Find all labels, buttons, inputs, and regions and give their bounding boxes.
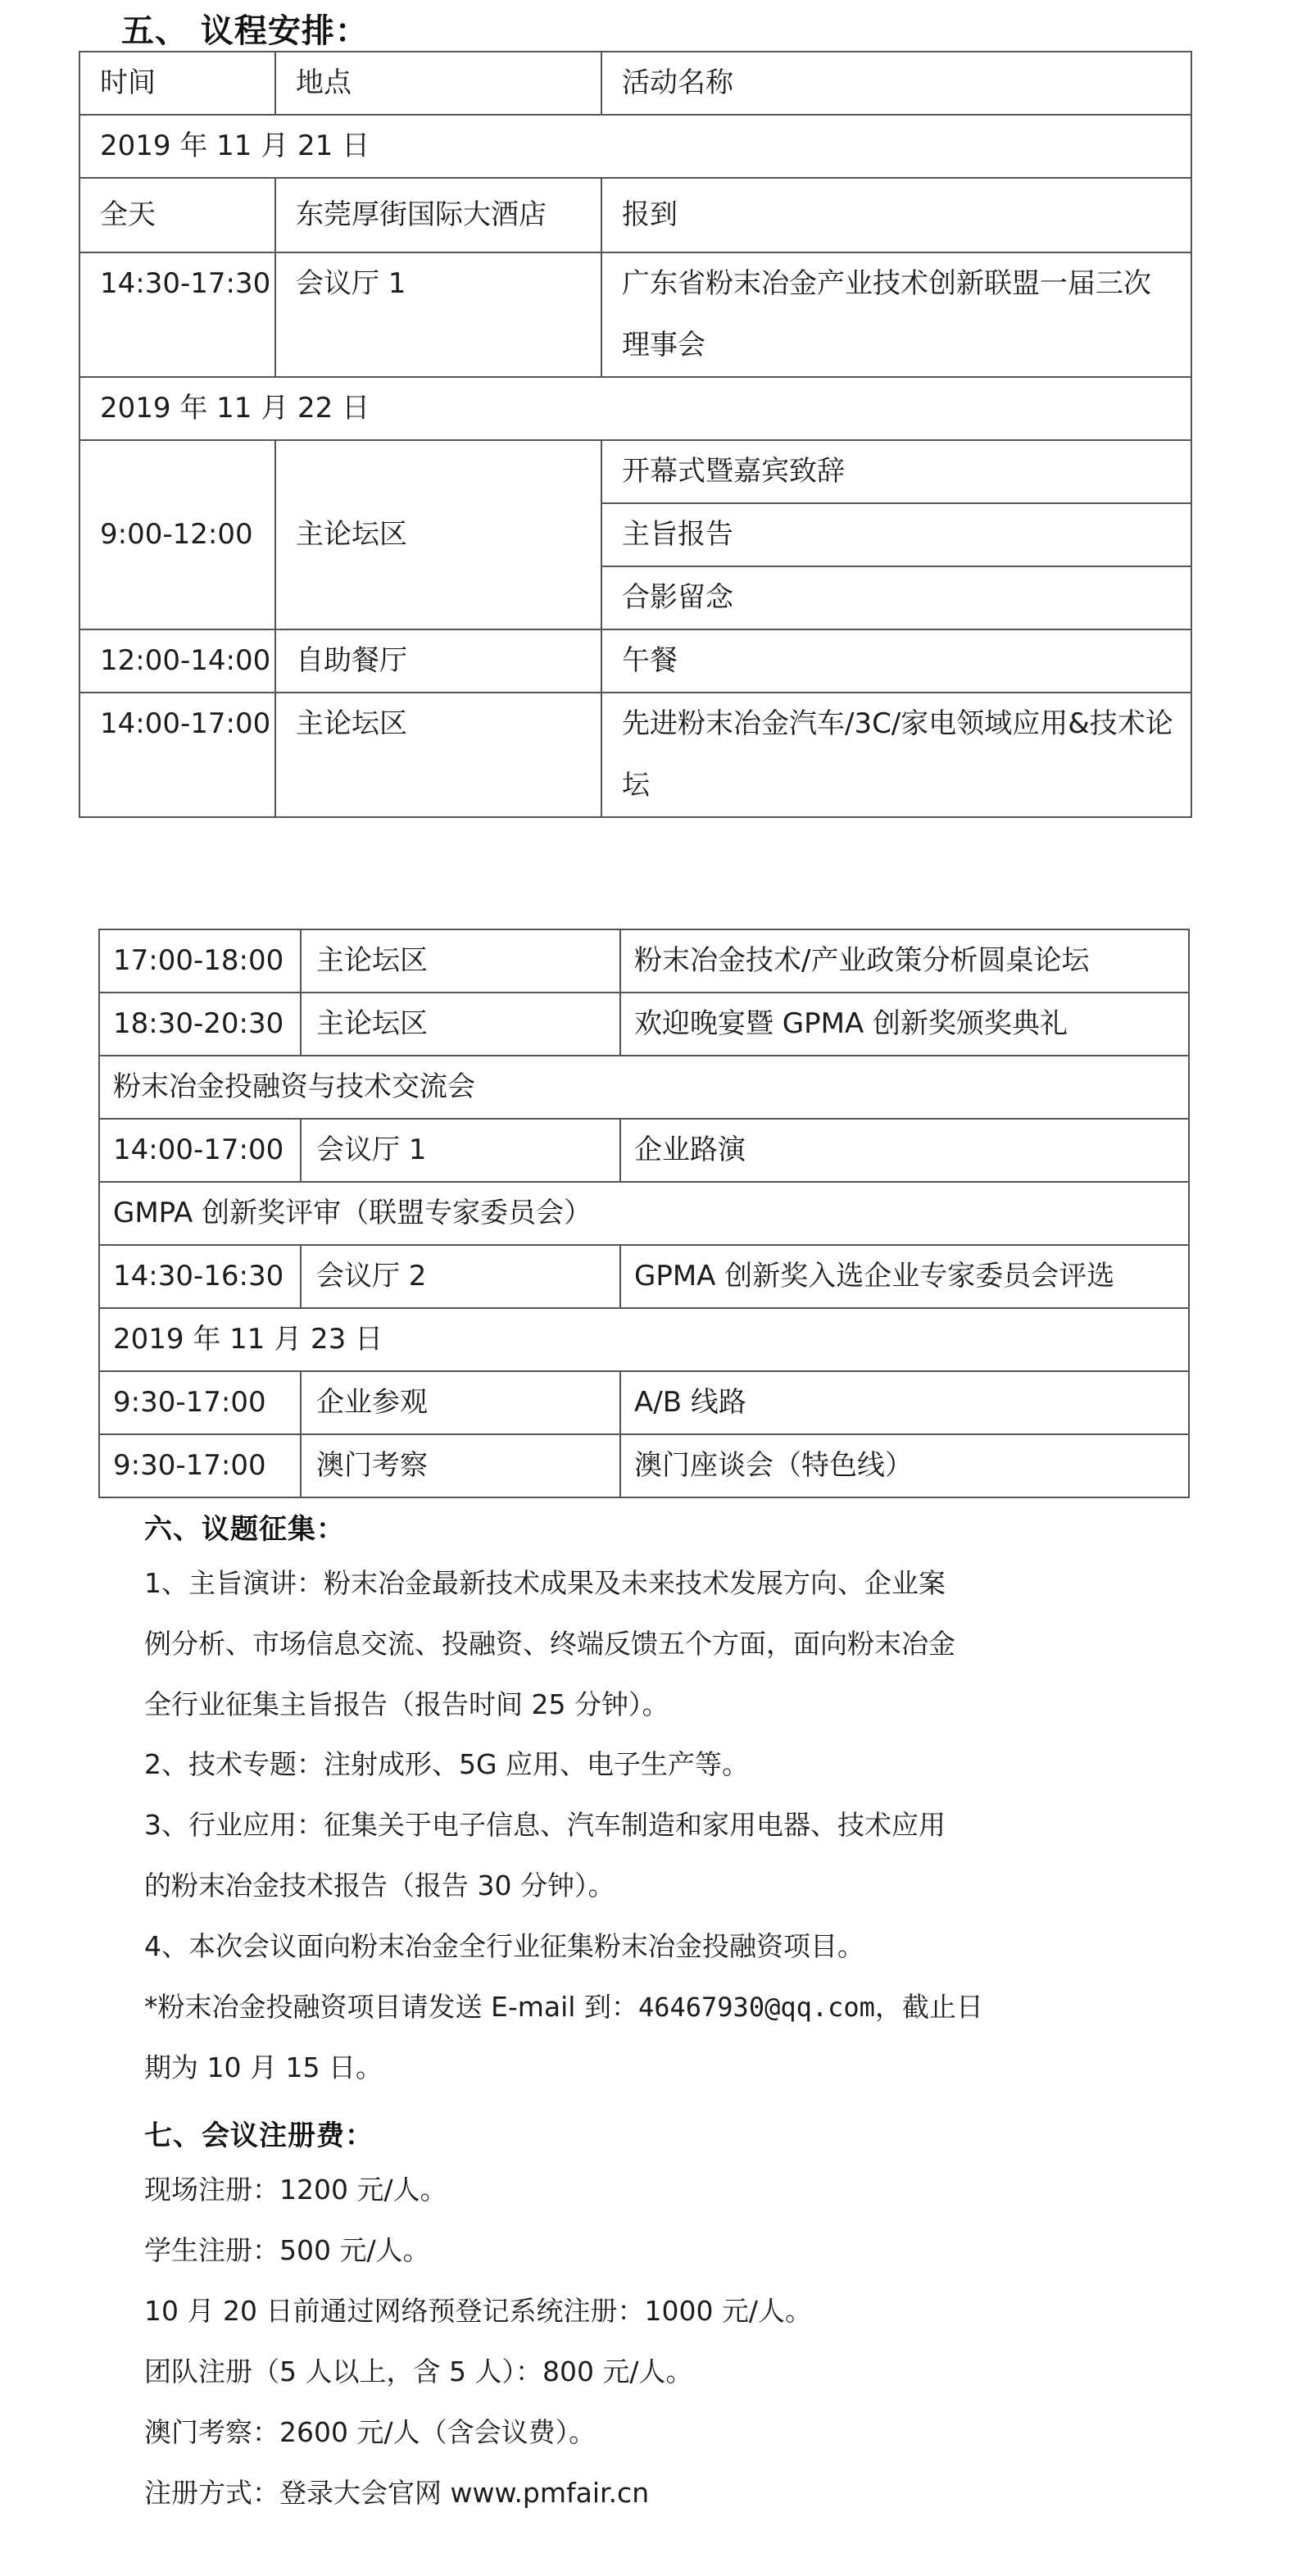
activity-cell: 先进粉末冶金汽车/3C/家电领域应用&技术论坛 — [601, 693, 1191, 817]
date-row: 2019 年 11 月 21 日 — [79, 115, 1191, 178]
email-line: *粉末冶金投融资项目请发送 E-mail 到：46467930@qq.com，截… — [144, 1991, 983, 2024]
agenda-table-1: 时间 地点 活动名称 2019 年 11 月 21 日 全天 东莞厚街国际大酒店… — [79, 51, 1192, 818]
activity-cell: 开幕式暨嘉宾致辞 — [601, 440, 1191, 503]
group-row: GMPA 创新奖评审（联盟专家委员会） — [99, 1182, 1189, 1245]
place-cell: 主论坛区 — [301, 929, 620, 993]
paragraph-line: 1、主旨演讲：粉末冶金最新技术成果及未来技术发展方向、企业案 — [144, 1567, 946, 1600]
table-row: 12:00-14:00 自助餐厅 午餐 — [79, 629, 1191, 693]
table-row: 9:30-17:00 澳门考察 澳门座谈会（特色线） — [99, 1434, 1189, 1497]
time-cell: 14:30-16:30 — [99, 1245, 301, 1308]
time-cell: 12:00-14:00 — [79, 629, 275, 693]
time-cell: 14:00-17:00 — [99, 1119, 301, 1182]
paragraph-line: 全行业征集主旨报告（报告时间 25 分钟）。 — [144, 1688, 669, 1721]
activity-cell: 午餐 — [601, 629, 1191, 693]
activity-cell: 粉末冶金技术/产业政策分析圆桌论坛 — [620, 929, 1189, 993]
table-row: 9:30-17:00 企业参观 A/B 线路 — [99, 1371, 1189, 1434]
place-cell: 主论坛区 — [275, 440, 601, 629]
activity-cell: 企业路演 — [620, 1119, 1189, 1182]
time-cell: 14:00-17:00 — [79, 693, 275, 817]
fee-line: 学生注册：500 元/人。 — [144, 2234, 430, 2267]
place-cell: 会议厅 1 — [301, 1119, 620, 1182]
place-cell: 会议厅 1 — [275, 252, 601, 377]
table-row: 18:30-20:30 主论坛区 欢迎晚宴暨 GPMA 创新奖颁奖典礼 — [99, 993, 1189, 1056]
place-cell: 主论坛区 — [301, 993, 620, 1056]
time-cell: 全天 — [79, 178, 275, 252]
date-cell: 2019 年 11 月 22 日 — [79, 377, 1191, 440]
place-cell: 东莞厚街国际大酒店 — [275, 178, 601, 252]
section7-title: 七、会议注册费： — [144, 2113, 374, 2153]
group-title-cell: 粉末冶金投融资与技术交流会 — [99, 1056, 1189, 1119]
email-suffix: ，截止日 — [875, 1991, 983, 2023]
activity-cell: 报到 — [601, 178, 1191, 252]
table-row: 14:00-17:00 主论坛区 先进粉末冶金汽车/3C/家电领域应用&技术论坛 — [79, 693, 1191, 817]
fee-line: 澳门考察：2600 元/人（含会议费）。 — [144, 2416, 596, 2449]
paragraph-line: 2、技术专题：注射成形、5G 应用、电子生产等。 — [144, 1748, 749, 1781]
email-prefix: *粉末冶金投融资项目请发送 E-mail 到： — [144, 1991, 638, 2023]
time-cell: 9:30-17:00 — [99, 1434, 301, 1497]
fee-line: 现场注册：1200 元/人。 — [144, 2174, 447, 2206]
activity-cell: 澳门座谈会（特色线） — [620, 1434, 1189, 1497]
table-header-row: 时间 地点 活动名称 — [79, 52, 1191, 115]
table-row: 17:00-18:00 主论坛区 粉末冶金技术/产业政策分析圆桌论坛 — [99, 929, 1189, 993]
table-row: 14:30-17:30 会议厅 1 广东省粉末冶金产业技术创新联盟一届三次理事会 — [79, 252, 1191, 377]
website-link[interactable]: www.pmfair.cn — [451, 2477, 650, 2509]
table-row: 全天 东莞厚街国际大酒店 报到 — [79, 178, 1191, 252]
header-place: 地点 — [275, 52, 601, 115]
activity-cell: 广东省粉末冶金产业技术创新联盟一届三次理事会 — [601, 252, 1191, 377]
place-cell: 会议厅 2 — [301, 1245, 620, 1308]
place-cell: 主论坛区 — [275, 693, 601, 817]
activity-cell: 主旨报告 — [601, 503, 1191, 566]
date-cell: 2019 年 11 月 21 日 — [79, 115, 1191, 178]
group-title-cell: GMPA 创新奖评审（联盟专家委员会） — [99, 1182, 1189, 1245]
activity-cell: 合影留念 — [601, 566, 1191, 629]
activity-cell: GPMA 创新奖入选企业专家委员会评选 — [620, 1245, 1189, 1308]
time-cell: 18:30-20:30 — [99, 993, 301, 1056]
section6-title: 六、议题征集： — [144, 1506, 345, 1547]
header-time: 时间 — [79, 52, 275, 115]
header-activity: 活动名称 — [601, 52, 1191, 115]
paragraph-line: 4、本次会议面向粉末冶金全行业征集粉末冶金投融资项目。 — [144, 1930, 864, 1963]
deadline-line: 期为 10 月 15 日。 — [144, 2051, 383, 2084]
fee-line: 10 月 20 日前通过网络预登记系统注册：1000 元/人。 — [144, 2295, 812, 2328]
table-row: 14:00-17:00 会议厅 1 企业路演 — [99, 1119, 1189, 1182]
group-row: 粉末冶金投融资与技术交流会 — [99, 1056, 1189, 1119]
time-cell: 17:00-18:00 — [99, 929, 301, 993]
date-row: 2019 年 11 月 23 日 — [99, 1308, 1189, 1371]
time-cell: 9:30-17:00 — [99, 1371, 301, 1434]
activity-cell: A/B 线路 — [620, 1371, 1189, 1434]
fee-line: 团队注册（5 人以上，含 5 人）：800 元/人。 — [144, 2356, 693, 2388]
place-cell: 自助餐厅 — [275, 629, 601, 693]
place-cell: 澳门考察 — [301, 1434, 620, 1497]
time-cell: 9:00-12:00 — [79, 440, 275, 629]
paragraph-line: 3、行业应用：征集关于电子信息、汽车制造和家用电器、技术应用 — [144, 1809, 946, 1842]
paragraph-line: 的粉末冶金技术报告（报告 30 分钟）。 — [144, 1870, 615, 1902]
registration-method-label: 注册方式：登录大会官网 — [144, 2477, 451, 2509]
date-row: 2019 年 11 月 22 日 — [79, 377, 1191, 440]
agenda-table-2: 17:00-18:00 主论坛区 粉末冶金技术/产业政策分析圆桌论坛 18:30… — [98, 929, 1190, 1498]
activity-cell: 欢迎晚宴暨 GPMA 创新奖颁奖典礼 — [620, 993, 1189, 1056]
email-link[interactable]: 46467930@qq.com — [638, 1992, 875, 2023]
table-row: 14:30-16:30 会议厅 2 GPMA 创新奖入选企业专家委员会评选 — [99, 1245, 1189, 1308]
place-cell: 企业参观 — [301, 1371, 620, 1434]
date-cell: 2019 年 11 月 23 日 — [99, 1308, 1189, 1371]
paragraph-line: 例分析、市场信息交流、投融资、终端反馈五个方面，面向粉末冶金 — [144, 1628, 955, 1661]
time-cell: 14:30-17:30 — [79, 252, 275, 377]
table-row: 9:00-12:00 主论坛区 开幕式暨嘉宾致辞 — [79, 440, 1191, 503]
registration-method-line: 注册方式：登录大会官网 www.pmfair.cn — [144, 2477, 649, 2510]
section5-title: 五、 议程安排： — [121, 5, 369, 52]
